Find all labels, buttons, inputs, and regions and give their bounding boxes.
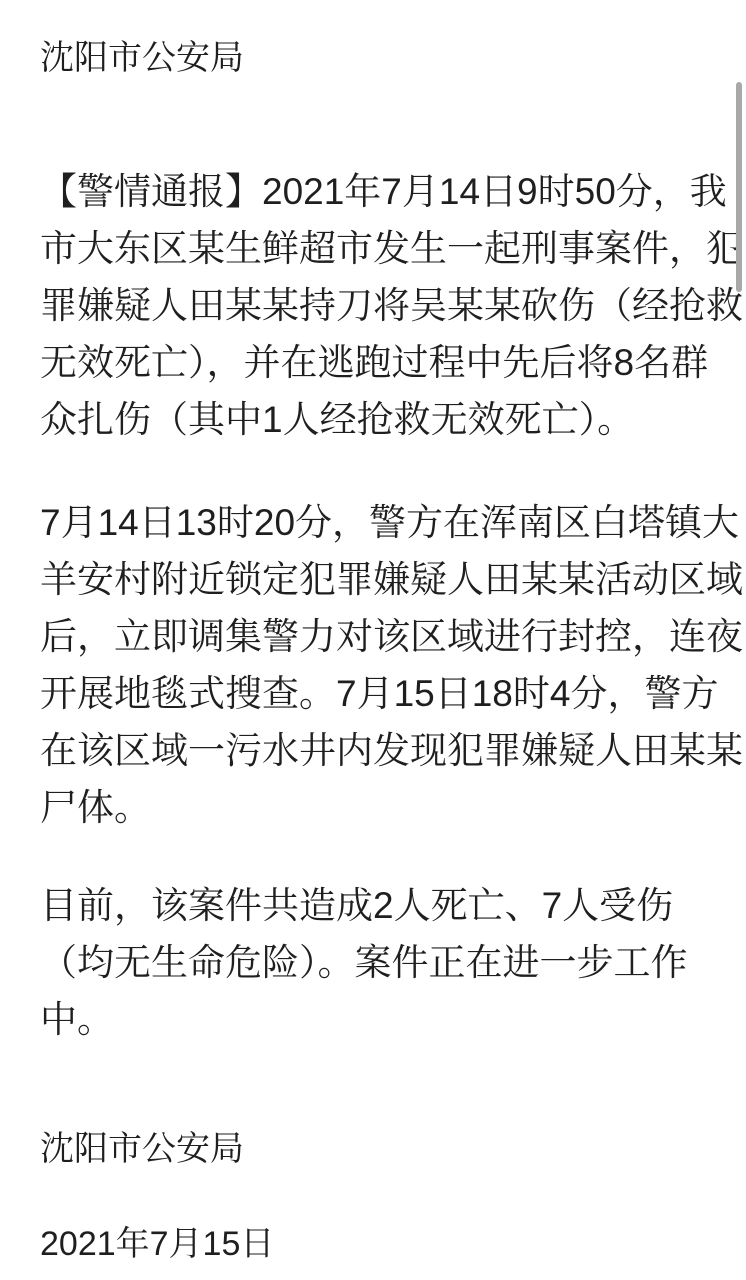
text-line: 尸体。 xyxy=(40,779,706,836)
text-line: 市大东区某生鲜超市发生一起刑事案件，犯 xyxy=(40,220,706,277)
text-line: 罪嫌疑人田某某持刀将吴某某砍伤（经抢救 xyxy=(40,277,706,334)
text-line: 无效死亡），并在逃跑过程中先后将8名群 xyxy=(40,334,706,391)
text-line: 羊安村附近锁定犯罪嫌疑人田某某活动区域 xyxy=(40,551,706,608)
footer-signature: 沈阳市公安局 xyxy=(40,1124,706,1175)
text-line: 后，立即调集警力对该区域进行封控，连夜 xyxy=(40,608,706,665)
notice-document: 沈阳市公安局 【警情通报】2021年7月14日9时50分，我 市大东区某生鲜超市… xyxy=(0,34,746,1270)
text-line: 中。 xyxy=(40,991,706,1048)
text-line: 开展地毯式搜查。7月15日18时4分，警方 xyxy=(40,665,706,722)
text-line: 在该区域一污水井内发现犯罪嫌疑人田某某 xyxy=(40,722,706,779)
footer-date: 2021年7月15日 xyxy=(40,1219,706,1270)
notice-paragraph-manhunt: 7月14日13时20分，警方在浑南区白塔镇大 羊安村附近锁定犯罪嫌疑人田某某活动… xyxy=(40,494,706,836)
notice-paragraph-incident: 【警情通报】2021年7月14日9时50分，我 市大东区某生鲜超市发生一起刑事案… xyxy=(40,163,706,448)
notice-paragraph-casualties: 目前，该案件共造成2人死亡、7人受伤 （均无生命危险）。案件正在进一步工作 中。 xyxy=(40,877,706,1048)
notice-page: { "page": { "background": "#ffffff", "te… xyxy=(0,0,746,1280)
text-line: （均无生命危险）。案件正在进一步工作 xyxy=(40,934,706,991)
scrollbar-thumb[interactable] xyxy=(736,82,742,292)
text-line: 目前，该案件共造成2人死亡、7人受伤 xyxy=(40,877,706,934)
text-line: 7月14日13时20分，警方在浑南区白塔镇大 xyxy=(40,494,706,551)
text-line: 【警情通报】2021年7月14日9时50分，我 xyxy=(40,163,706,220)
text-line: 众扎伤（其中1人经抢救无效死亡）。 xyxy=(40,391,706,448)
page-title: 沈阳市公安局 xyxy=(40,34,706,82)
